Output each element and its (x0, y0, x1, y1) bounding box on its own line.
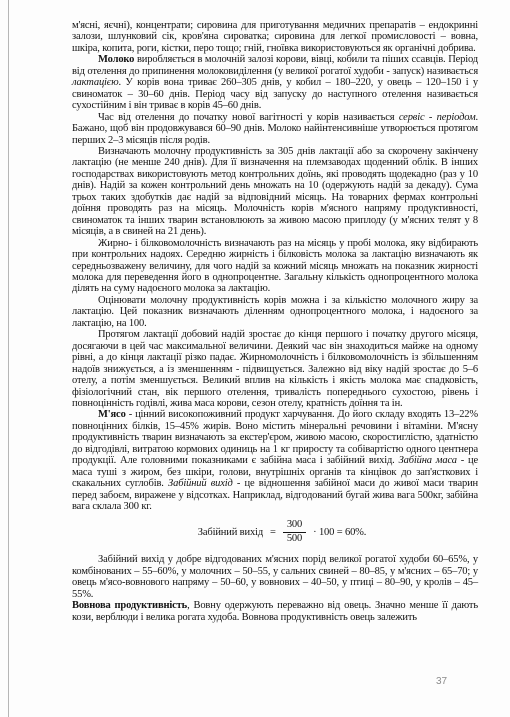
formula-label: Забійний вихід (198, 527, 263, 538)
paragraph-continuation: м'ясні, яєчні), концентрати; сировина дл… (72, 20, 478, 54)
formula-numerator: 300 (283, 519, 306, 533)
paragraph-text: Протягом лактації добовий надій зростає … (72, 329, 478, 409)
scan-edge-line (8, 0, 9, 717)
italic-term-slaughter-mass: Забійна маса (399, 455, 457, 466)
page-number: 37 (436, 676, 447, 687)
italic-term-service-period: сервіс - періодом (399, 112, 476, 123)
paragraph-slaughter-yield-values: Забійний вихід у добре відгодованих м'яс… (72, 554, 478, 600)
paragraph-text: м'ясні, яєчні), концентрати; сировина дл… (72, 20, 478, 54)
bold-term-wool-productivity: Вовнова продуктивність (72, 600, 187, 611)
bold-term-meat: М'ясо (98, 409, 126, 420)
paragraph-meat: М'ясо - цінний високопоживний продукт ха… (72, 409, 478, 512)
formula-result: · 100 = 60%. (313, 527, 366, 538)
italic-term-lactation: лактацією (72, 77, 119, 88)
paragraph-service-period: Час від отелення до початку нової вагітн… (72, 112, 478, 146)
paragraph-milk-productivity: Визначають молочну продуктивність за 305… (72, 146, 478, 238)
formula-fraction: 300 500 (283, 519, 306, 545)
paragraph-text: Забійний вихід у добре відгодованих м'яс… (72, 554, 478, 599)
paragraph-lactation-dynamics: Протягом лактації добовий надій зростає … (72, 329, 478, 409)
slaughter-yield-formula: Забійний вихід = 300 500 · 100 = 60%. (86, 519, 478, 545)
bold-term-milk: Молоко (98, 54, 134, 65)
paragraph-text: Оцінювати молочну продуктивність корів м… (72, 295, 478, 329)
paragraph-text: Час від отелення до початку нової вагітн… (98, 112, 399, 123)
paragraph-wool-productivity: Вовнова продуктивність, Вовну одержують … (72, 600, 478, 623)
document-text-block: м'ясні, яєчні), концентрати; сировина дл… (72, 20, 478, 623)
italic-term-slaughter-yield: Забійний вихід (168, 478, 233, 489)
paragraph-text: Визначають молочну продуктивність за 305… (72, 146, 478, 237)
paragraph-text: . У корів вона триває 260–305 днів, у ко… (72, 77, 478, 111)
formula-equals-sign: = (270, 527, 276, 538)
paragraph-text: Жирно- і білковомолочність визначають ра… (72, 238, 478, 295)
formula-denominator: 500 (283, 533, 306, 546)
paragraph-milk: Молоко виробляється в молочній залозі ко… (72, 54, 478, 111)
paragraph-fat-protein: Жирно- і білковомолочність визначають ра… (72, 238, 478, 295)
paragraph-milk-fat-assessment: Оцінювати молочну продуктивність корів м… (72, 295, 478, 329)
